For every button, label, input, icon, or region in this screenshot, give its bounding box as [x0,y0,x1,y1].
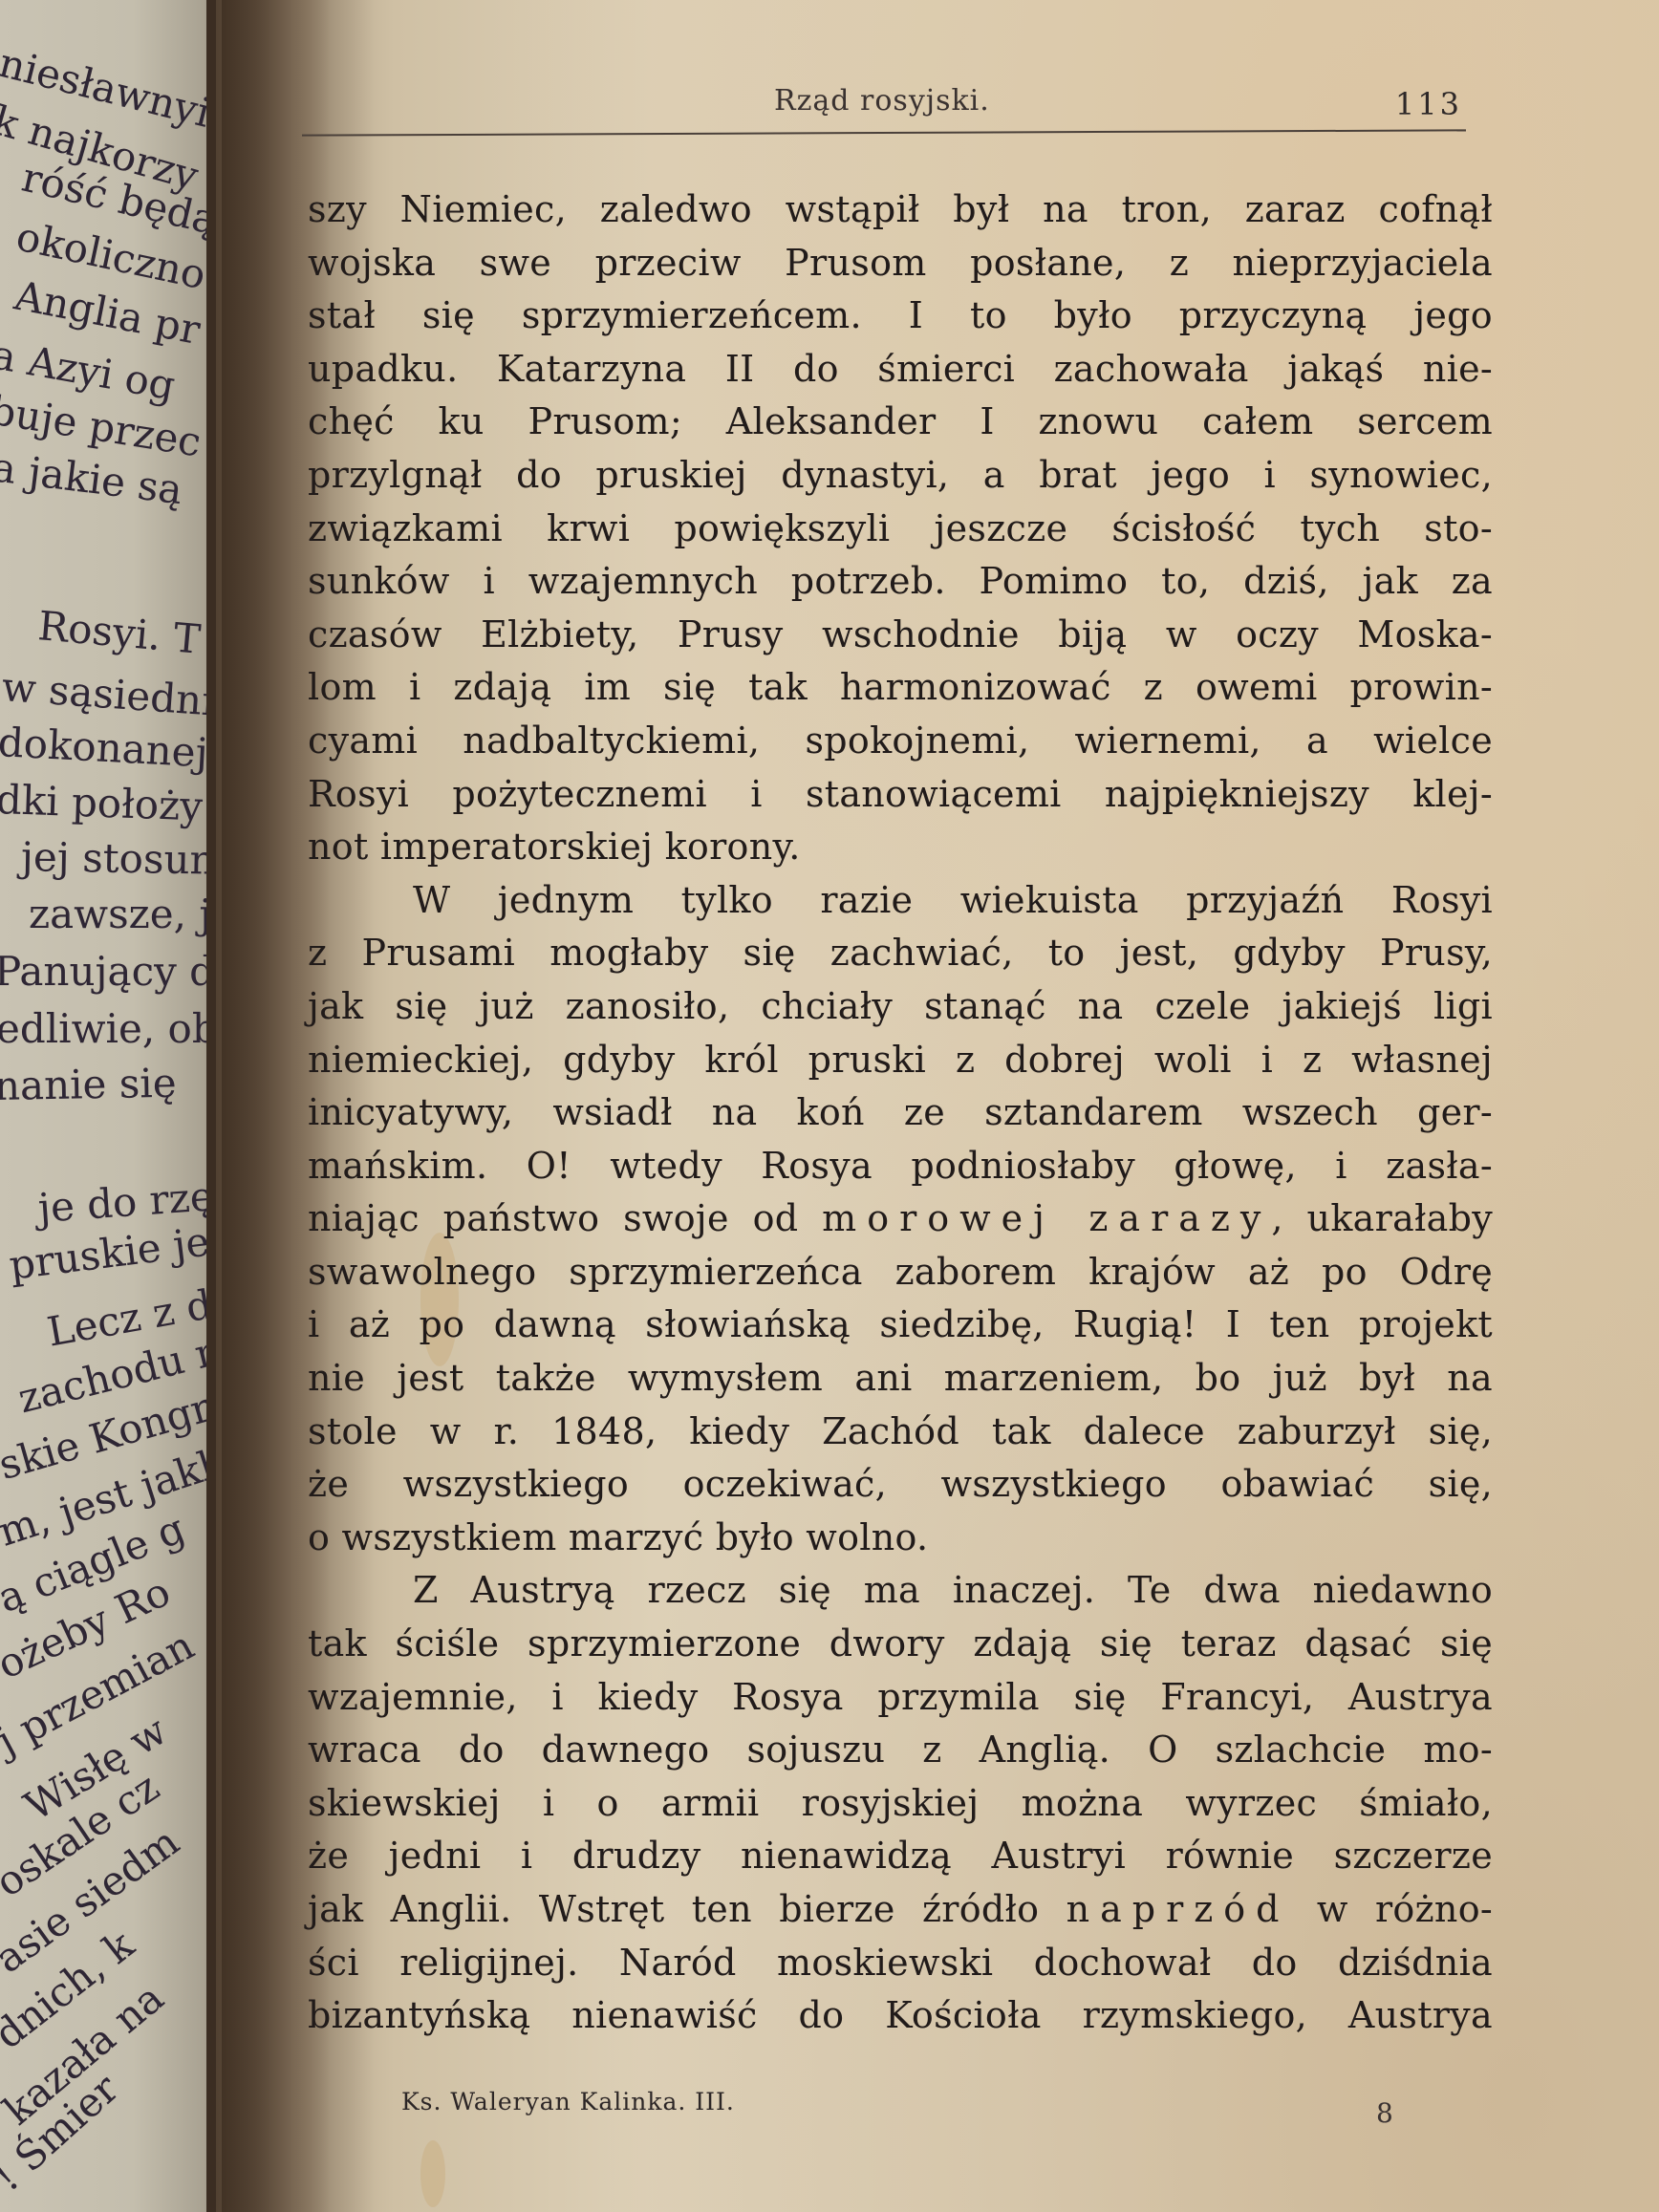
text-line: swawolnego sprzymierzeńca zaborem krajów… [308,1246,1493,1299]
text-line: związkami krwi powiększyli jeszcze ścisł… [308,503,1493,556]
left-page-fragment: Rosyi. T [36,602,203,663]
text-line: niemieckiej, gdyby król pruski z dobrej … [308,1034,1493,1087]
running-title: Rząd rosyjski. [774,84,990,118]
text-line: lom i zdają im się tak harmonizować z ow… [308,661,1493,715]
page-edge [206,0,216,2212]
text-line: szy Niemiec, zaledwo wstąpił był na tron… [308,183,1493,237]
left-page-fragment: edliwie, obe [0,1005,222,1052]
text-segment: niając państwo swoje od [308,1197,822,1239]
body-text: szy Niemiec, zaledwo wstąpił był na tron… [308,183,1493,2043]
text-line-paragraph-start: W jednym tylko razie wiekuista przyjaźń … [308,874,1493,928]
text-segment: w różno- [1290,1888,1494,1930]
page-number: 113 [1395,86,1462,122]
text-line: mańskim. O! wtedy Rosya podniosłaby głow… [308,1140,1493,1193]
text-line: przylgnął do pruskiej dynastyi, a brat j… [308,449,1493,503]
running-header: Rząd rosyjski. 113 [306,84,1462,122]
left-page-fragment: zawsze, ja [29,891,222,937]
text-line: tak ściśle sprzymierzone dwory zdają się… [308,1618,1493,1671]
text-line: bizantyńską nienawiść do Kościoła rzymsk… [308,1989,1493,2043]
left-page-fragment: nanie się [0,1060,177,1109]
text-line: że jedni i drudzy nienawidzą Austryi rów… [308,1830,1493,1883]
text-line-paragraph-start: Z Austryą rzecz się ma inaczej. Te dwa n… [308,1564,1493,1618]
left-page-fragment: Panujący do [0,948,222,995]
text-line: cyami nadbaltyckiemi, spokojnemi, wierne… [308,715,1493,768]
text-line: stał się sprzymierzeńcem. I to było przy… [308,290,1493,343]
text-line: nie jest także wymysłem ani marzeniem, b… [308,1352,1493,1406]
text-line: skiewskiej i o armii rosyjskiej można wy… [308,1777,1493,1831]
text-line: i aż po dawną słowiańską siedzibę, Rugią… [308,1299,1493,1352]
text-line: sunków i wzajemnych potrzeb. Pomimo to, … [308,555,1493,609]
text-line-paragraph-end: not imperatorskiej korony. [308,821,1493,874]
signature-line: Ks. Waleryan Kalinka. III. [401,2088,735,2115]
text-line: jak się już zanosiło, chciały stanąć na … [308,980,1493,1034]
left-page-fragment: dki położy [0,776,204,830]
text-line: wraca do dawnego sojuszu z Anglią. O szl… [308,1724,1493,1777]
text-line: z Prusami mogłaby się zachwiać, to jest,… [308,927,1493,980]
text-line: upadku. Katarzyna II do śmierci zachował… [308,343,1493,397]
text-line: chęć ku Prusom; Aleksander I znowu całem… [308,396,1493,449]
emphasized-text: morowej zarazy [822,1197,1271,1239]
text-line: jak Anglii. Wstręt ten bierze źródło nap… [308,1883,1493,1937]
text-line: Rosyi pożytecznemi i stanowiącemi najpię… [308,768,1493,822]
left-facing-page: niesławnyi k najkorzy róść będą okoliczn… [0,0,222,2212]
text-line: czasów Elżbiety, Prusy wschodnie biją w … [308,609,1493,662]
text-segment: jak Anglii. Wstręt ten bierze źródło [308,1888,1066,1930]
text-line: wzajemnie, i kiedy Rosya przymila się Fr… [308,1671,1493,1725]
signature-mark: 8 [1376,2097,1393,2129]
text-line: niając państwo swoje od morowej zarazy, … [308,1192,1493,1246]
emphasized-text: naprzód [1066,1888,1290,1930]
text-line: stole w r. 1848, kiedy Zachód tak dalece… [308,1406,1493,1459]
text-line: wojska swe przeciw Prusom posłane, z nie… [308,237,1493,290]
left-page-fragment: jej stosunk [21,833,222,884]
left-page-fragment: dokonanej n [0,719,222,779]
left-page-fragment: w sąsiedni [0,663,216,724]
text-line: ści religijnej. Naród moskiewski dochowa… [308,1937,1493,1990]
paper-stain [420,2140,445,2207]
text-line: że wszystkiego oczekiwać, wszystkiego ob… [308,1458,1493,1512]
left-page-fragment: pruskie je [7,1218,212,1289]
text-segment: , ukarałaby [1271,1197,1493,1239]
text-line-paragraph-end: o wszystkiem marzyć było wolno. [308,1512,1493,1565]
text-line: inicyatywy, wsiadł na koń ze sztandarem … [308,1086,1493,1140]
